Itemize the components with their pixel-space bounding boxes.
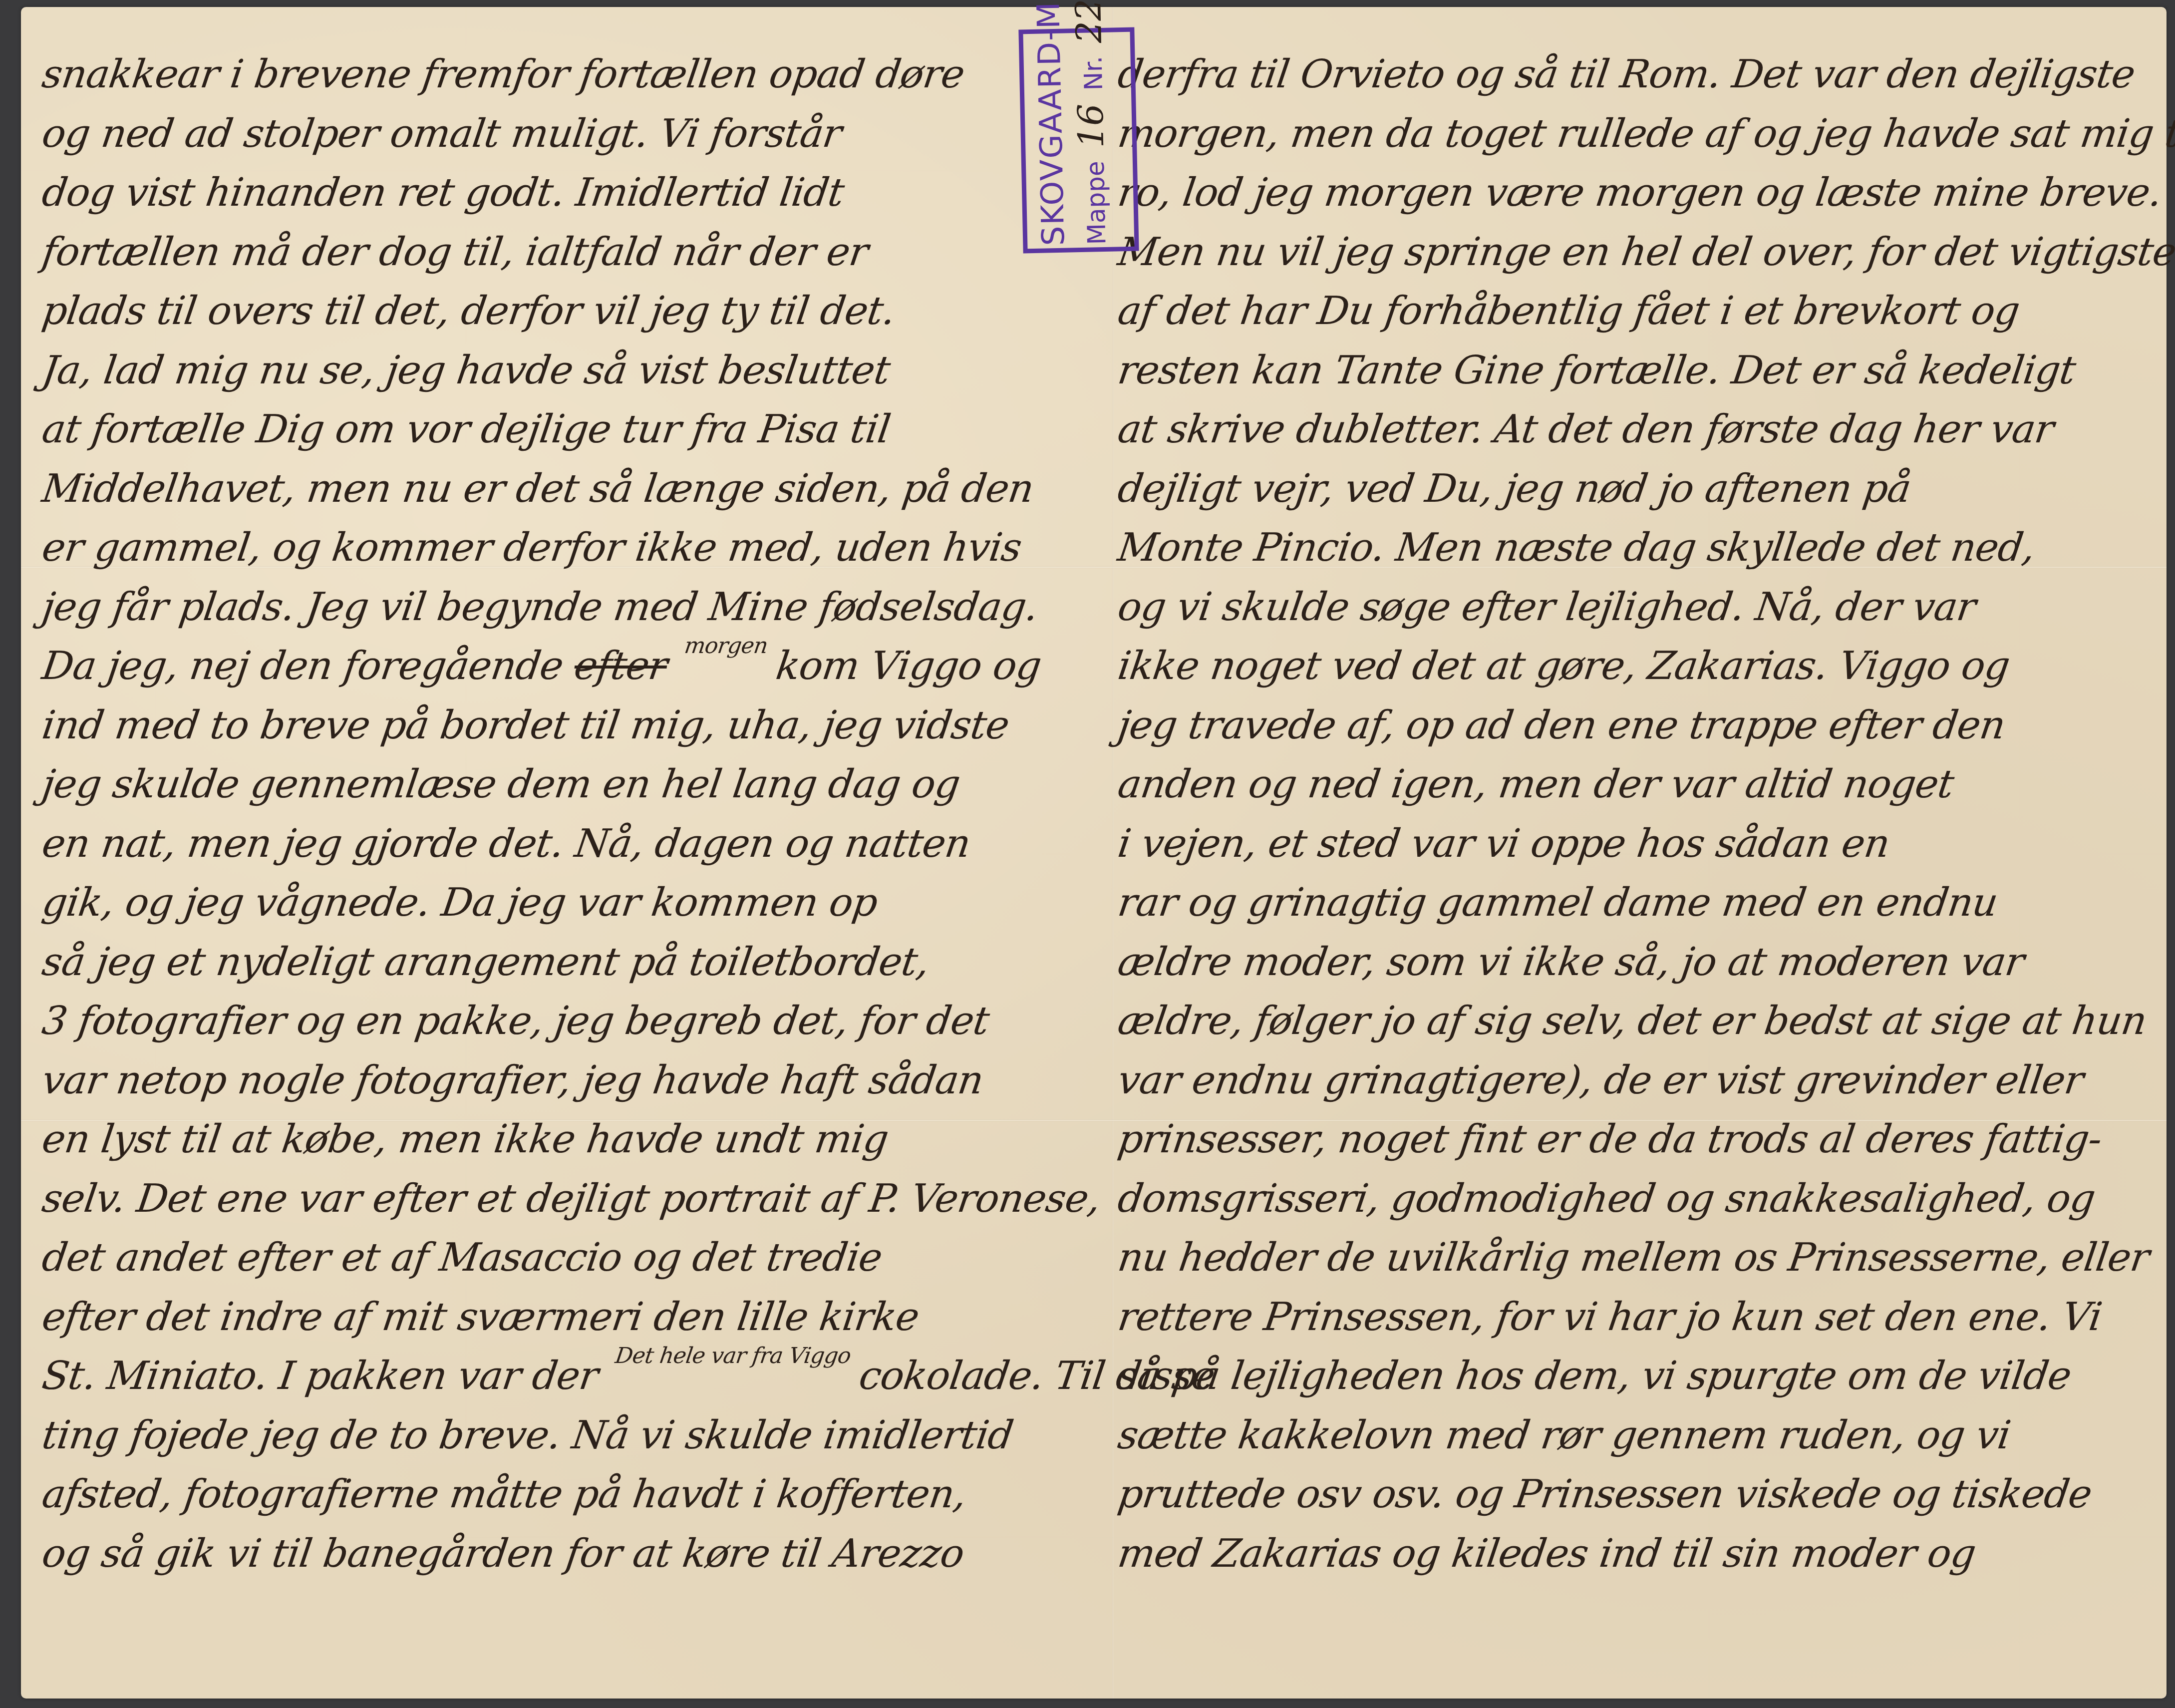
- mappe-label: Mappe: [1081, 161, 1112, 245]
- line-text: St. Miniato. I pakken var der: [39, 1354, 601, 1398]
- nr-number: 22: [1068, 0, 1110, 43]
- handwritten-line: anden og ned igen, men der var altid nog…: [1114, 755, 2131, 814]
- handwritten-line: ind med to breve på bordet til mig, uha,…: [38, 696, 1070, 755]
- handwritten-line: prinsesser, noget fint er de da trods al…: [1114, 1110, 2131, 1169]
- handwritten-line: så på lejligheden hos dem, vi spurgte om…: [1114, 1347, 2131, 1406]
- right-page-text: derfra til Orvieto og så til Rom. Det va…: [1118, 45, 2127, 1583]
- handwritten-line: Men nu vil jeg springe en hel del over, …: [1114, 223, 2131, 282]
- handwritten-line: derfra til Orvieto og så til Rom. Det va…: [1114, 45, 2131, 104]
- handwritten-line: er gammel, og kommer derfor ikke med, ud…: [38, 518, 1070, 578]
- handwritten-line: så jeg et nydeligt arangement på toiletb…: [38, 933, 1070, 992]
- interlinear-insertion: Det hele var fra Viggo: [611, 1327, 855, 1386]
- stamp-folder-line: Mappe 16 Nr. 22: [1069, 35, 1117, 246]
- handwritten-line: sætte kakkelovn med rør gennem ruden, og…: [1114, 1406, 2131, 1465]
- mappe-number: 16: [1070, 103, 1112, 149]
- handwritten-line: en nat, men jeg gjorde det. Nå, dagen og…: [38, 814, 1070, 874]
- handwritten-line: efter det indre af mit sværmeri den lill…: [38, 1288, 1070, 1347]
- handwritten-line: 3 fotografier og en pakke, jeg begreb de…: [38, 992, 1070, 1051]
- left-page-text: snakkear i brevene fremfor fortællen opa…: [42, 45, 1066, 1583]
- handwritten-line: det andet efter et af Masaccio og det tr…: [38, 1228, 1070, 1288]
- handwritten-line: og vi skulde søge efter lejlighed. Nå, d…: [1114, 578, 2131, 637]
- line-text: Da jeg, nej den foregående: [39, 644, 566, 688]
- stamp-content: SKOVGAARD-MUSEET Mappe 16 Nr. 22: [1029, 34, 1129, 246]
- handwritten-line: jeg skulde gennemlæse dem en hel lang da…: [38, 755, 1070, 814]
- handwritten-line: en lyst til at købe, men ikke havde undt…: [38, 1110, 1070, 1169]
- handwritten-line: rar og grinagtig gammel dame med en endn…: [1114, 873, 2131, 933]
- handwritten-line: pruttede osv osv. og Prinsessen viskede …: [1114, 1465, 2131, 1524]
- struck-word: efter: [572, 644, 670, 688]
- stamp-title: SKOVGAARD-MUSEET: [1029, 35, 1074, 246]
- interlinear-insertion: morgen: [680, 617, 771, 676]
- handwritten-line: afsted, fotografierne måtte på havdt i k…: [38, 1465, 1070, 1524]
- handwritten-line: jeg får plads. Jeg vil begynde med Mine …: [38, 578, 1070, 637]
- handwritten-line: ro, lod jeg morgen være morgen og læste …: [1114, 163, 2131, 223]
- handwritten-line-with-insertion: St. Miniato. I pakken var der Det hele v…: [38, 1347, 1070, 1406]
- handwritten-line: at skrive dubletter. At det den første d…: [1114, 400, 2131, 459]
- museum-archive-stamp: SKOVGAARD-MUSEET Mappe 16 Nr. 22: [1018, 27, 1139, 254]
- handwritten-line: i vejen, et sted var vi oppe hos sådan e…: [1114, 814, 2131, 874]
- handwritten-line: selv. Det ene var efter et dejligt portr…: [38, 1169, 1070, 1229]
- handwritten-line: fortællen må der dog til, ialtfald når d…: [38, 223, 1070, 282]
- handwritten-line: Middelhavet, men nu er det så længe side…: [38, 459, 1070, 519]
- handwritten-line: morgen, men da toget rullede af og jeg h…: [1114, 104, 2131, 164]
- handwritten-line: jeg travede af, op ad den ene trappe eft…: [1114, 696, 2131, 755]
- handwritten-line: rettere Prinsessen, for vi har jo kun se…: [1114, 1288, 2131, 1347]
- handwritten-line: og så gik vi til banegården for at køre …: [38, 1524, 1070, 1584]
- handwritten-line: af det har Du forhåbentlig fået i et bre…: [1114, 282, 2131, 341]
- handwritten-line: domsgrisseri, godmodighed og snakkesalig…: [1114, 1169, 2131, 1229]
- handwritten-line: var endnu grinagtigere), de er vist grev…: [1114, 1051, 2131, 1110]
- handwritten-line: gik, og jeg vågnede. Da jeg var kommen o…: [38, 873, 1070, 933]
- handwritten-line: ikke noget ved det at gøre, Zakarias. Vi…: [1114, 637, 2131, 696]
- handwritten-line: dog vist hinanden ret godt. Imidlertid l…: [38, 163, 1070, 223]
- handwritten-line: snakkear i brevene fremfor fortællen opa…: [38, 45, 1070, 104]
- nr-label: Nr.: [1078, 56, 1108, 91]
- handwritten-line: at fortælle Dig om vor dejlige tur fra P…: [38, 400, 1070, 459]
- handwritten-line-with-correction: Da jeg, nej den foregående efter morgen …: [38, 637, 1070, 696]
- handwritten-line: dejligt vejr, ved Du, jeg nød jo aftenen…: [1114, 459, 2131, 519]
- handwritten-line: Monte Pincio. Men næste dag skyllede det…: [1114, 518, 2131, 578]
- handwritten-line: ældre moder, som vi ikke så, jo at moder…: [1114, 933, 2131, 992]
- handwritten-line: resten kan Tante Gine fortælle. Det er s…: [1114, 341, 2131, 400]
- handwritten-line: nu hedder de uvilkårlig mellem os Prinse…: [1114, 1228, 2131, 1288]
- handwritten-line: og ned ad stolper omalt muligt. Vi forst…: [38, 104, 1070, 164]
- vertical-fold-crease: [1112, 7, 1114, 1699]
- handwritten-line: plads til overs til det, derfor vil jeg …: [38, 282, 1070, 341]
- handwritten-line: var netop nogle fotografier, jeg havde h…: [38, 1051, 1070, 1110]
- handwritten-line: med Zakarias og kiledes ind til sin mode…: [1114, 1524, 2131, 1584]
- handwritten-line: ting fojede jeg de to breve. Nå vi skuld…: [38, 1406, 1070, 1465]
- handwritten-line: ældre, følger jo af sig selv, det er bed…: [1114, 992, 2131, 1051]
- line-text-rest: kom Viggo og: [773, 644, 1044, 688]
- handwritten-line: Ja, lad mig nu se, jeg havde så vist bes…: [38, 341, 1070, 400]
